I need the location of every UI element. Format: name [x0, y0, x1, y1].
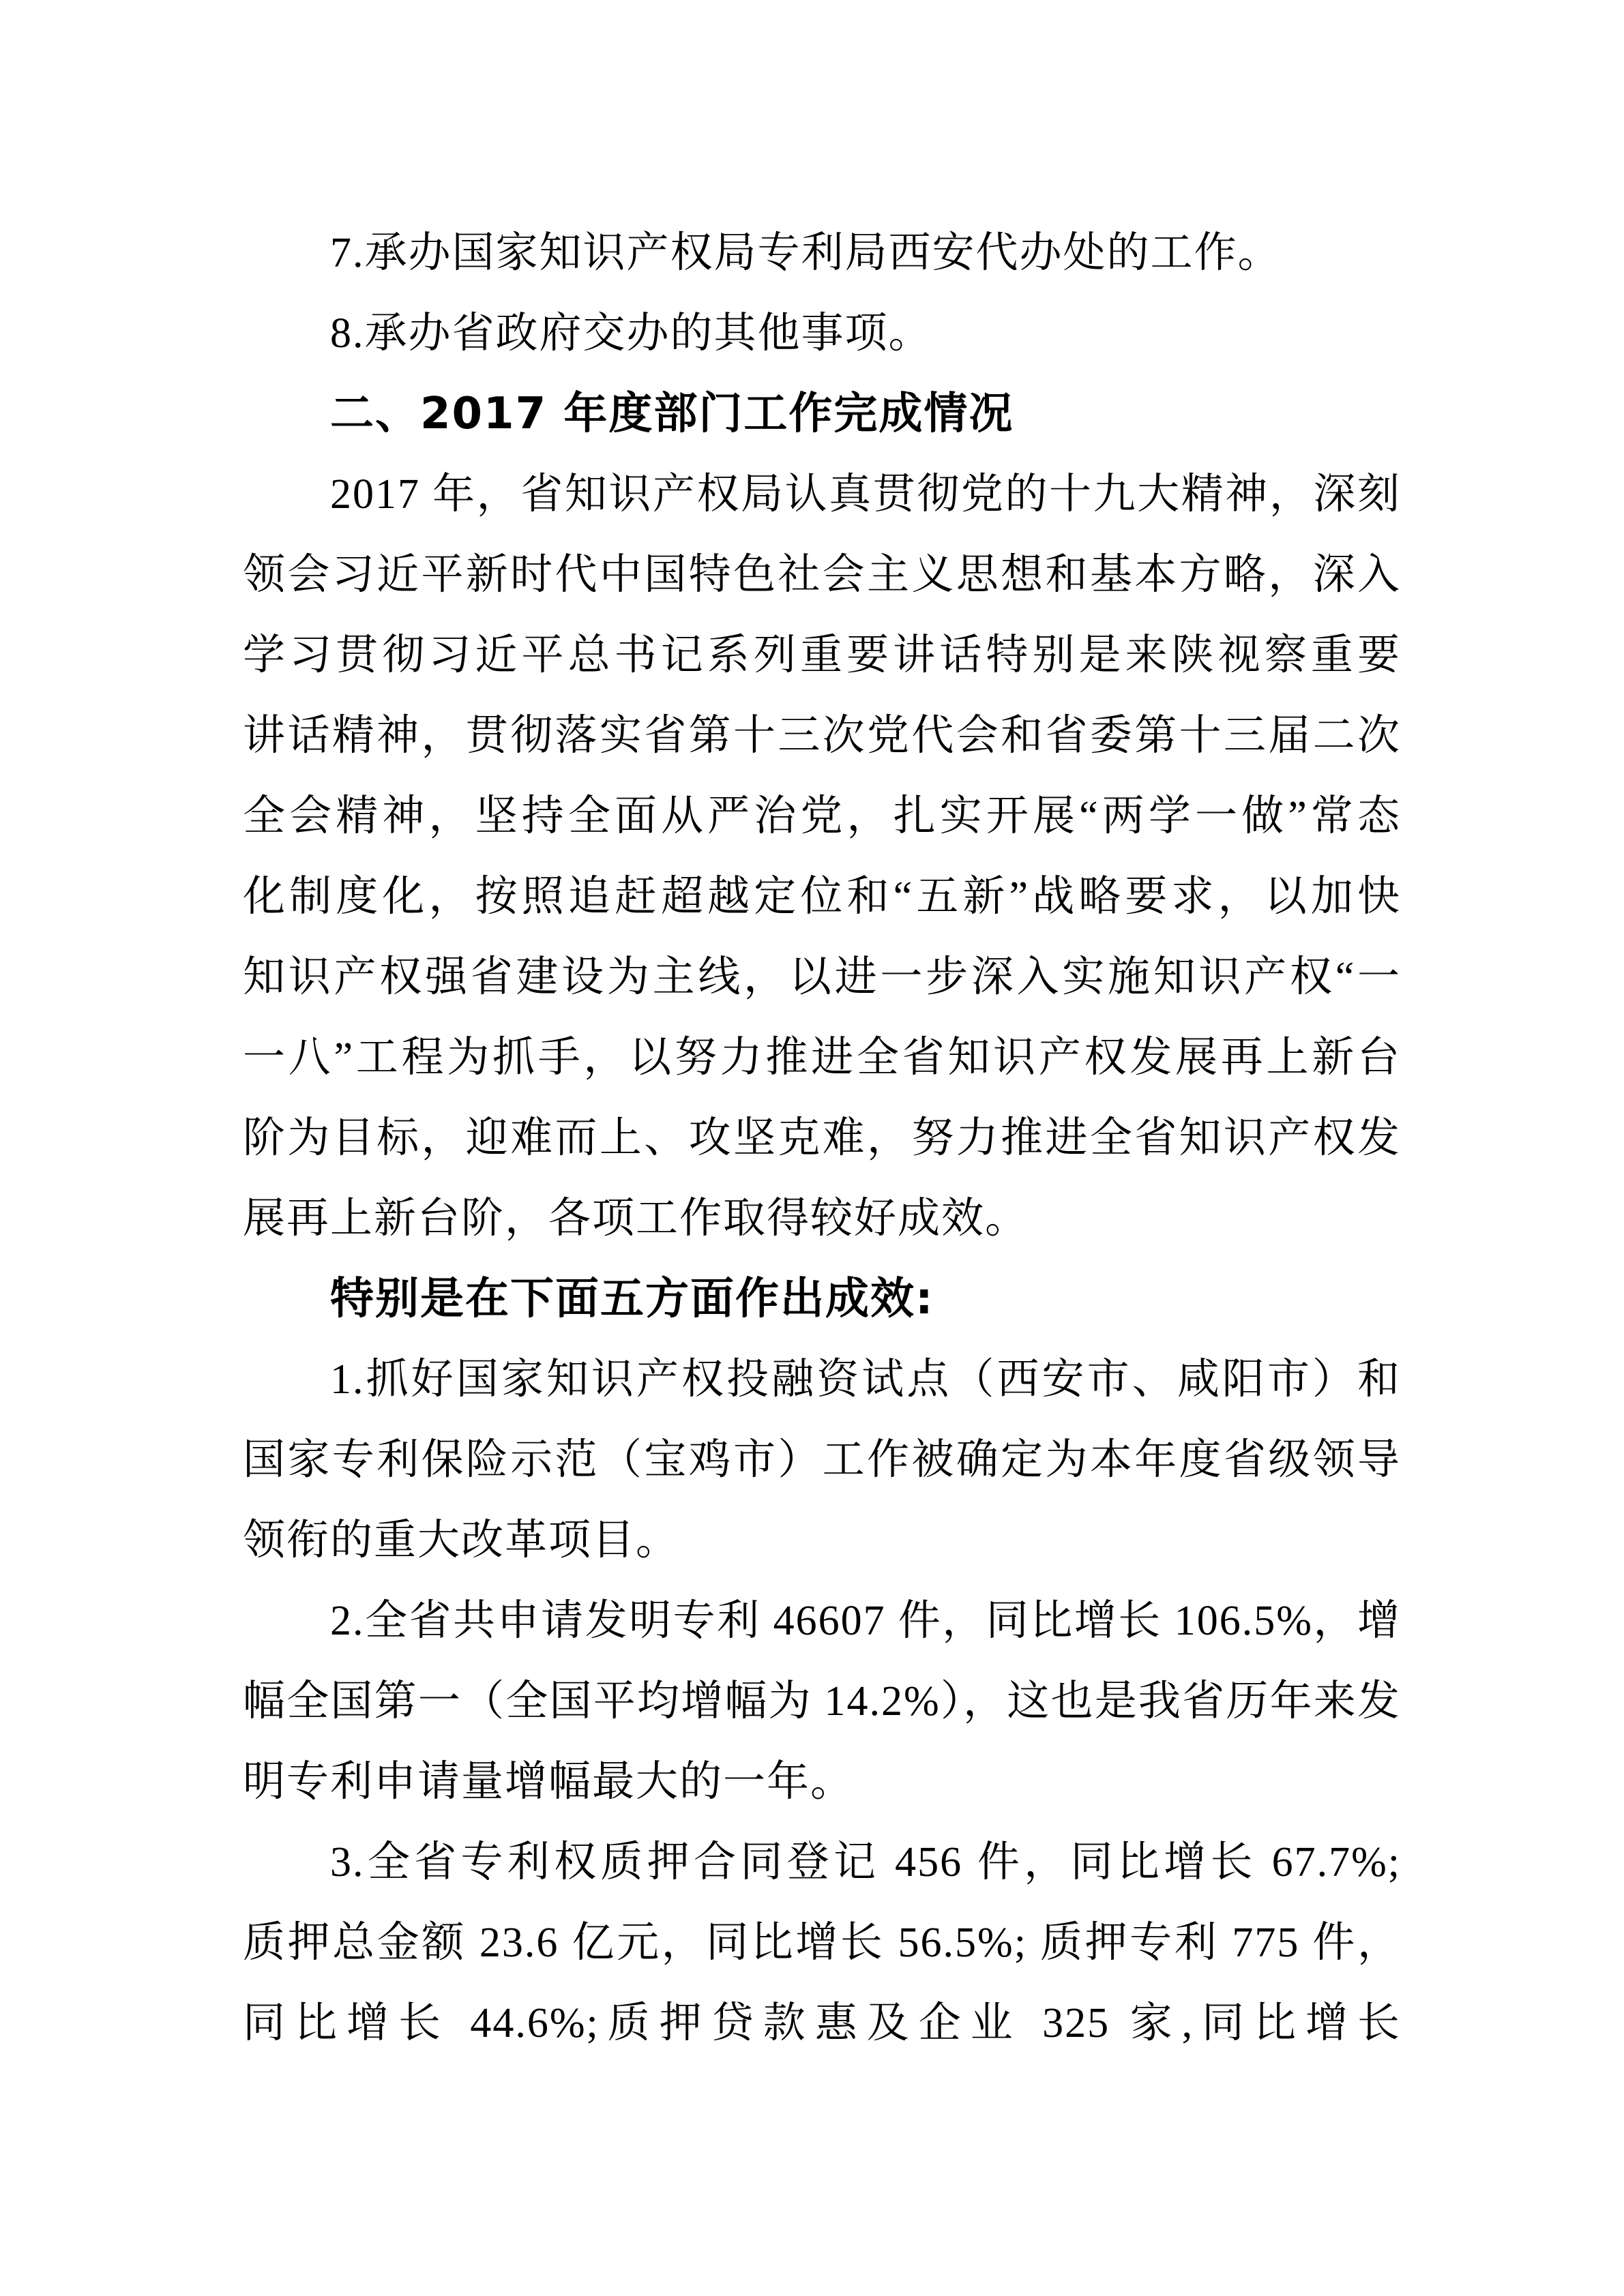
text-line: 二、2017 年度部门工作完成情况 [243, 374, 1401, 454]
text-line: 特别是在下面五方面作出成效: [243, 1259, 1401, 1339]
text-line: 讲话精神，贯彻落实省第十三次党代会和省委第十三届二次 [243, 696, 1401, 776]
text-line: 同比增长 44.6%;质押贷款惠及企业 325 家,同比增长 45.7%。 [243, 1983, 1401, 2063]
text-block: 7.承办国家知识产权局专利局西安代办处的工作。8.承办省政府交办的其他事项。二、… [243, 213, 1401, 2063]
text-line: 8.承办省政府交办的其他事项。 [243, 293, 1401, 374]
text-line: 学习贯彻习近平总书记系列重要讲话特别是来陕视察重要 [243, 615, 1401, 696]
text-line: 领衔的重大改革项目。 [243, 1500, 1401, 1581]
text-line: 全会精神，坚持全面从严治党，扎实开展“两学一做”常态 [243, 776, 1401, 856]
text-line: 化制度化，按照追赶超越定位和“五新”战略要求，以加快 [243, 856, 1401, 937]
text-line: 国家专利保险示范（宝鸡市）工作被确定为本年度省级领导 [243, 1420, 1401, 1500]
text-line: 明专利申请量增幅最大的一年。 [243, 1742, 1401, 1822]
text-line: 一八”工程为抓手，以努力推进全省知识产权发展再上新台 [243, 1017, 1401, 1098]
text-line: 7.承办国家知识产权局专利局西安代办处的工作。 [243, 213, 1401, 293]
text-line: 领会习近平新时代中国特色社会主义思想和基本方略，深入 [243, 535, 1401, 615]
text-line: 知识产权强省建设为主线，以进一步深入实施知识产权“一 [243, 937, 1401, 1017]
text-line: 幅全国第一（全国平均增幅为 14.2%），这也是我省历年来发 [243, 1661, 1401, 1742]
text-line: 阶为目标，迎难而上、攻坚克难，努力推进全省知识产权发 [243, 1098, 1401, 1178]
text-line: 1.抓好国家知识产权投融资试点（西安市、咸阳市）和 [243, 1339, 1401, 1420]
document-page: 7.承办国家知识产权局专利局西安代办处的工作。8.承办省政府交办的其他事项。二、… [0, 0, 1624, 2296]
text-line: 质押总金额 23.6 亿元，同比增长 56.5%; 质押专利 775 件， [243, 1903, 1401, 1983]
text-line: 3.全省专利权质押合同登记 456 件，同比增长 67.7%; [243, 1822, 1401, 1903]
text-line: 2.全省共申请发明专利 46607 件，同比增长 106.5%，增 [243, 1581, 1401, 1661]
text-line: 2017 年，省知识产权局认真贯彻党的十九大精神，深刻 [243, 454, 1401, 535]
text-line: 展再上新台阶，各项工作取得较好成效。 [243, 1178, 1401, 1259]
